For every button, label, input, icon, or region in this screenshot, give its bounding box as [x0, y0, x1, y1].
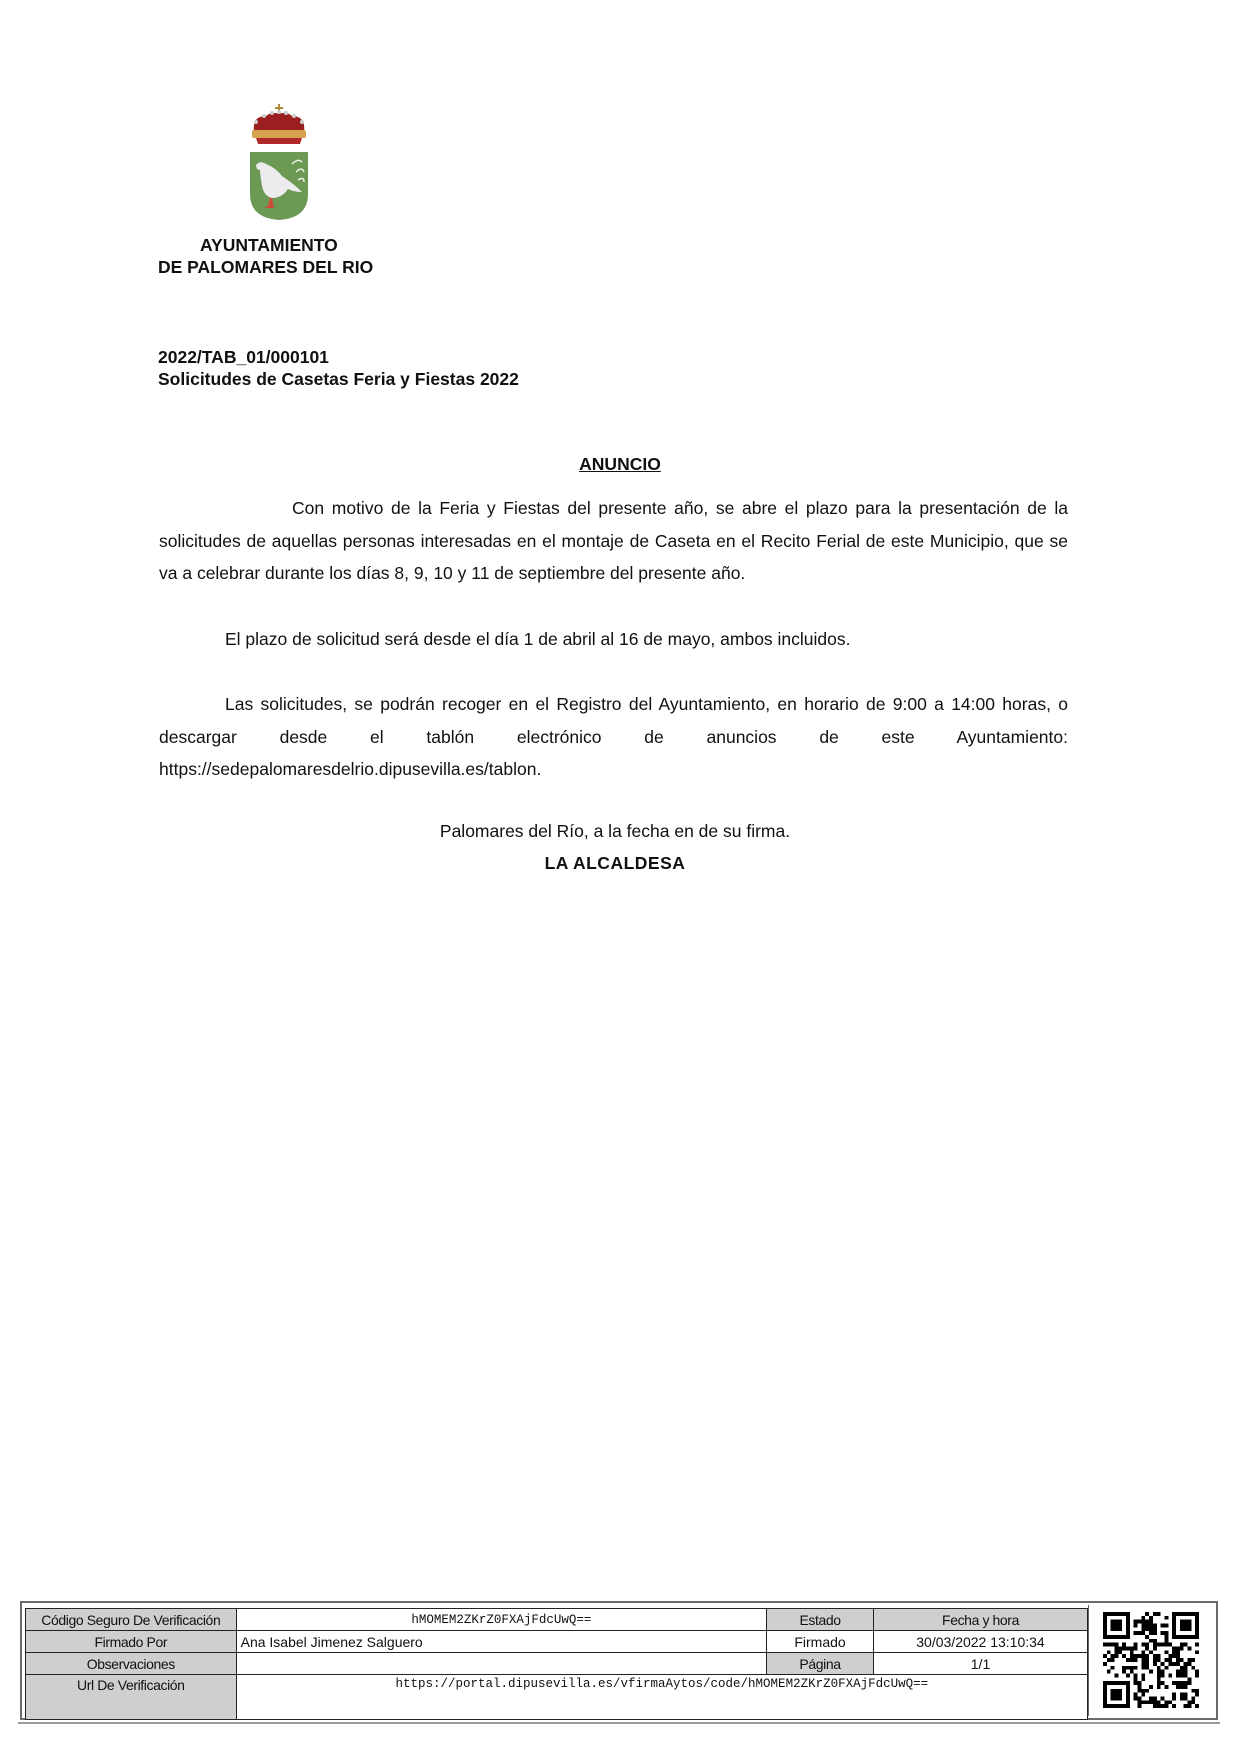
place-date-text: Palomares del Río, a la fecha en de su f…	[440, 821, 790, 841]
url-label: Url De Verificación	[26, 1675, 237, 1720]
announcement-title-text: ANUNCIO	[579, 454, 661, 474]
csv-label: Código Seguro De Verificación	[26, 1609, 237, 1631]
reference-subject: Solicitudes de Casetas Feria y Fiestas 2…	[158, 368, 519, 390]
csv-value: hMOMEM2ZKrZ0FXAjFdcUwQ==	[236, 1609, 766, 1631]
table-row: Código Seguro De Verificación hMOMEM2ZKr…	[26, 1609, 1088, 1631]
qr-code-icon[interactable]	[1103, 1612, 1199, 1708]
verification-table: Código Seguro De Verificación hMOMEM2ZKr…	[25, 1608, 1088, 1720]
announcement-title: ANUNCIO	[0, 454, 1240, 475]
observaciones-label: Observaciones	[26, 1653, 237, 1675]
table-row: Observaciones Página 1/1	[26, 1653, 1088, 1675]
document-reference: 2022/TAB_01/000101 Solicitudes de Caseta…	[158, 346, 519, 390]
pagina-value: 1/1	[874, 1653, 1088, 1675]
place-date: Palomares del Río, a la fecha en de su f…	[0, 821, 1240, 842]
firmado-por-label: Firmado Por	[26, 1631, 237, 1653]
issuer-name: AYUNTAMIENTO DE PALOMARES DEL RIO	[158, 234, 373, 278]
reference-code: 2022/TAB_01/000101	[158, 346, 519, 368]
estado-value: Firmado	[767, 1631, 874, 1653]
pagina-label: Página	[767, 1653, 874, 1675]
fecha-label: Fecha y hora	[874, 1609, 1088, 1631]
paragraph-3: Las solicitudes, se podrán recoger en el…	[159, 688, 1068, 786]
paragraph-1: Con motivo de la Feria y Fiestas del pre…	[159, 492, 1068, 590]
url-value[interactable]: https://portal.dipusevilla.es/vfirmaAyto…	[236, 1675, 1087, 1720]
table-row: Firmado Por Ana Isabel Jimenez Salguero …	[26, 1631, 1088, 1653]
signature-verification-box: Código Seguro De Verificación hMOMEM2ZKr…	[20, 1601, 1218, 1720]
coat-of-arms-icon	[246, 102, 312, 222]
issuer-line-1: AYUNTAMIENTO	[158, 234, 373, 256]
fecha-value: 30/03/2022 13:10:34	[874, 1631, 1088, 1653]
table-row: Url De Verificación https://portal.dipus…	[26, 1675, 1088, 1720]
firmado-por-value: Ana Isabel Jimenez Salguero	[236, 1631, 766, 1653]
signer-title: LA ALCALDESA	[0, 853, 1240, 874]
qr-cell	[1088, 1605, 1213, 1716]
issuer-line-2: DE PALOMARES DEL RIO	[158, 256, 373, 278]
observaciones-value	[236, 1653, 766, 1675]
paragraph-2: El plazo de solicitud será desde el día …	[159, 623, 1068, 656]
signer-title-text: LA ALCALDESA	[545, 853, 686, 873]
estado-label: Estado	[767, 1609, 874, 1631]
